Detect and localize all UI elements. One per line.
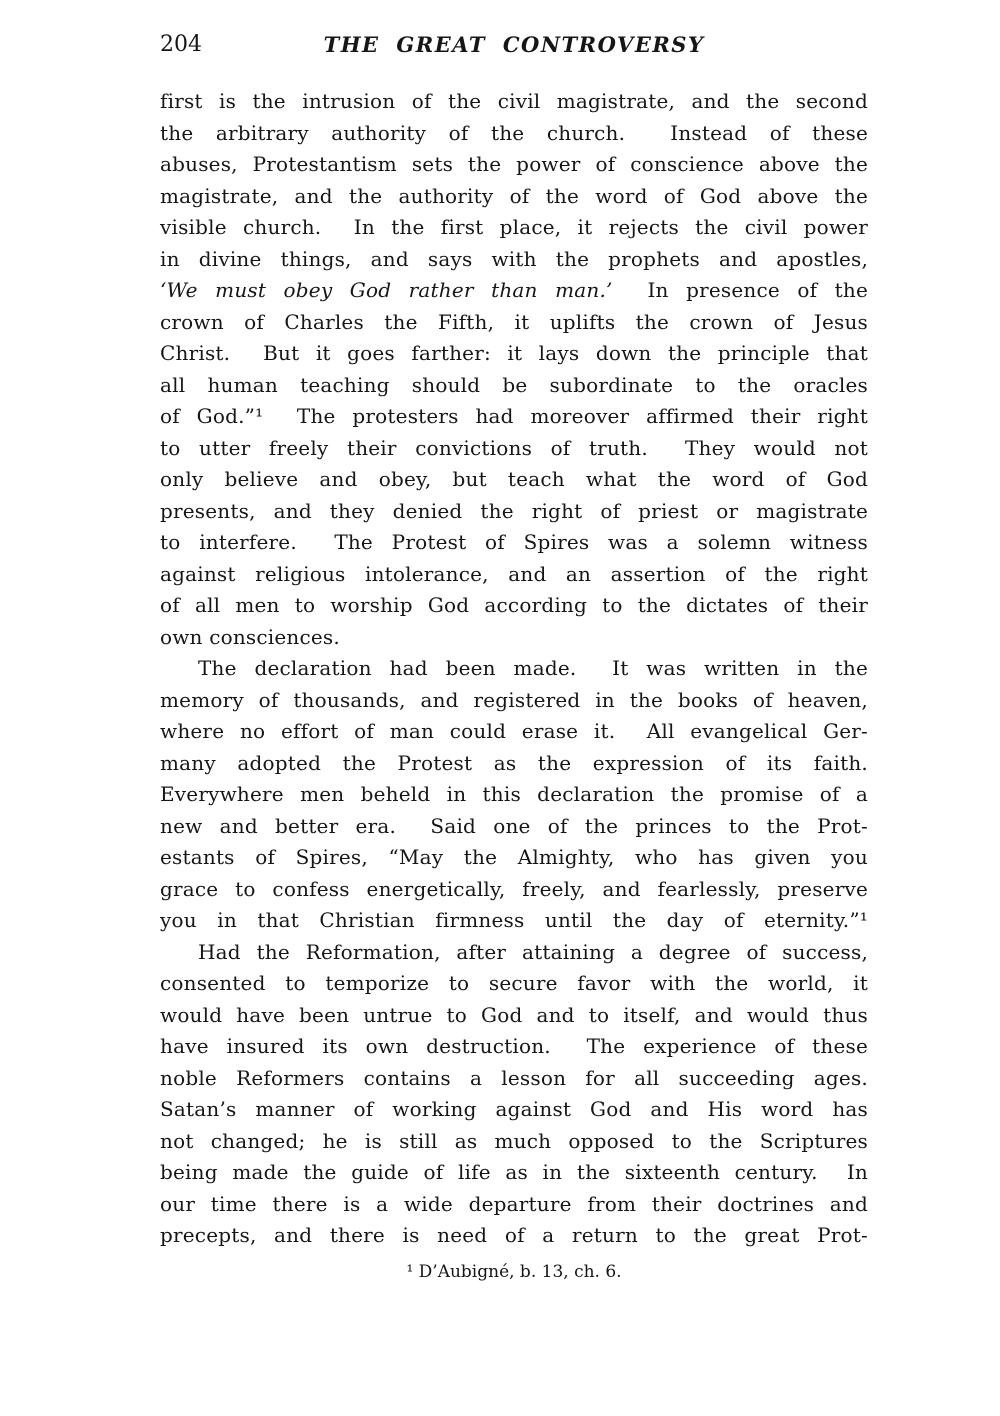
text-line: memory of thousands, and registered in t…: [160, 685, 868, 717]
body-text-segment: Everywhere men beheld in this declaratio…: [160, 782, 868, 806]
text-line: ‘We must obey God rather than man.’ In p…: [160, 275, 868, 307]
text-line: of all men to worship God according to t…: [160, 590, 868, 622]
text-line: Christ. But it goes farther: it lays dow…: [160, 338, 868, 370]
body-text-segment: to utter freely their convictions of tru…: [160, 436, 868, 460]
page-number: 204: [160, 32, 202, 57]
text-line: where no effort of man could erase it. A…: [160, 716, 868, 748]
body-text-segment: In presence of the: [613, 278, 868, 302]
text-line: new and better era. Said one of the prin…: [160, 811, 868, 843]
page-header: 204 THE GREAT CONTROVERSY: [160, 30, 868, 62]
text-line: to utter freely their convictions of tru…: [160, 433, 868, 465]
text-line: against religious intolerance, and an as…: [160, 559, 868, 591]
text-line: consented to temporize to secure favor w…: [160, 968, 868, 1000]
body-text-segment: precepts, and there is need of a return …: [160, 1223, 868, 1247]
text-line: Everywhere men beheld in this declaratio…: [160, 779, 868, 811]
text-line: the arbitrary authority of the church. I…: [160, 118, 868, 150]
body-text-segment: presents, and they denied the right of p…: [160, 499, 868, 523]
text-line: in divine things, and says with the prop…: [160, 244, 868, 276]
body-text-segment: Christ. But it goes farther: it lays dow…: [160, 341, 868, 365]
body-text-segment: would have been untrue to God and to its…: [160, 1003, 868, 1027]
text-line: not changed; he is still as much opposed…: [160, 1126, 868, 1158]
quoted-italic-text: ‘We must obey God rather than man.’: [160, 278, 613, 302]
body-text-segment: first is the intrusion of the civil magi…: [160, 89, 868, 113]
body-text-segment: against religious intolerance, and an as…: [160, 562, 868, 586]
text-line: being made the guide of life as in the s…: [160, 1157, 868, 1189]
text-line: magistrate, and the authority of the wor…: [160, 181, 868, 213]
text-line: crown of Charles the Fifth, it uplifts t…: [160, 307, 868, 339]
body-text-segment: consented to temporize to secure favor w…: [160, 971, 868, 995]
running-title: THE GREAT CONTROVERSY: [160, 30, 868, 57]
body-text-segment: noble Reformers contains a lesson for al…: [160, 1066, 868, 1090]
text-line: would have been untrue to God and to its…: [160, 1000, 868, 1032]
body-text-segment: visible church. In the first place, it r…: [160, 215, 868, 239]
text-line: you in that Christian firmness until the…: [160, 905, 868, 937]
text-line: many adopted the Protest as the expressi…: [160, 748, 868, 780]
text-line: Had the Reformation, after attaining a d…: [160, 937, 868, 969]
text-line: grace to confess energetically, freely, …: [160, 874, 868, 906]
text-line: The declaration had been made. It was wr…: [160, 653, 868, 685]
text-line: all human teaching should be subordinate…: [160, 370, 868, 402]
paragraph: The declaration had been made. It was wr…: [160, 653, 868, 937]
body-text-segment: estants of Spires, “May the Almighty, wh…: [160, 845, 868, 869]
paragraph: Had the Reformation, after attaining a d…: [160, 937, 868, 1252]
body-text-segment: of all men to worship God according to t…: [160, 593, 868, 617]
text-line: noble Reformers contains a lesson for al…: [160, 1063, 868, 1095]
body-text-segment: new and better era. Said one of the prin…: [160, 814, 868, 838]
body-text-segment: own consciences.: [160, 625, 340, 649]
body-text-segment: have insured its own destruction. The ex…: [160, 1034, 868, 1058]
text-line: own consciences.: [160, 622, 868, 654]
body-text-segment: our time there is a wide departure from …: [160, 1192, 868, 1216]
body-text-segment: crown of Charles the Fifth, it uplifts t…: [160, 310, 868, 334]
body-text-segment: Satan’s manner of working against God an…: [160, 1097, 868, 1121]
text-line: abuses, Protestantism sets the power of …: [160, 149, 868, 181]
paragraph: first is the intrusion of the civil magi…: [160, 86, 868, 653]
body-text-segment: memory of thousands, and registered in t…: [160, 688, 868, 712]
body-text-segment: to interfere. The Protest of Spires was …: [160, 530, 868, 554]
text-line: only believe and obey, but teach what th…: [160, 464, 868, 496]
body-text-segment: many adopted the Protest as the expressi…: [160, 751, 868, 775]
body-text-segment: grace to confess energetically, freely, …: [160, 877, 868, 901]
text-line: visible church. In the first place, it r…: [160, 212, 868, 244]
text-line: have insured its own destruction. The ex…: [160, 1031, 868, 1063]
body-text-segment: being made the guide of life as in the s…: [160, 1160, 868, 1184]
text-line: of God.”¹ The protesters had moreover af…: [160, 401, 868, 433]
text-line: first is the intrusion of the civil magi…: [160, 86, 868, 118]
text-line: to interfere. The Protest of Spires was …: [160, 527, 868, 559]
body-text-segment: not changed; he is still as much opposed…: [160, 1129, 868, 1153]
body-text-segment: all human teaching should be subordinate…: [160, 373, 868, 397]
body-text-segment: the arbitrary authority of the church. I…: [160, 121, 868, 145]
text-line: Satan’s manner of working against God an…: [160, 1094, 868, 1126]
body-text-segment: of God.”¹ The protesters had moreover af…: [160, 404, 868, 428]
body-text-segment: Had the Reformation, after attaining a d…: [198, 940, 868, 964]
body-text-segment: only believe and obey, but teach what th…: [160, 467, 868, 491]
text-line: precepts, and there is need of a return …: [160, 1220, 868, 1252]
body-text-segment: abuses, Protestantism sets the power of …: [160, 152, 868, 176]
text-line: presents, and they denied the right of p…: [160, 496, 868, 528]
body-text-segment: The declaration had been made. It was wr…: [198, 656, 868, 680]
body-text-segment: you in that Christian firmness until the…: [160, 908, 868, 932]
text-line: estants of Spires, “May the Almighty, wh…: [160, 842, 868, 874]
body-text-segment: magistrate, and the authority of the wor…: [160, 184, 868, 208]
body-text: first is the intrusion of the civil magi…: [160, 86, 868, 1252]
body-text-segment: in divine things, and says with the prop…: [160, 247, 868, 271]
text-line: our time there is a wide departure from …: [160, 1189, 868, 1221]
body-text-segment: where no effort of man could erase it. A…: [160, 719, 868, 743]
footnote: ¹ D’Aubigné, b. 13, ch. 6.: [160, 1262, 868, 1282]
